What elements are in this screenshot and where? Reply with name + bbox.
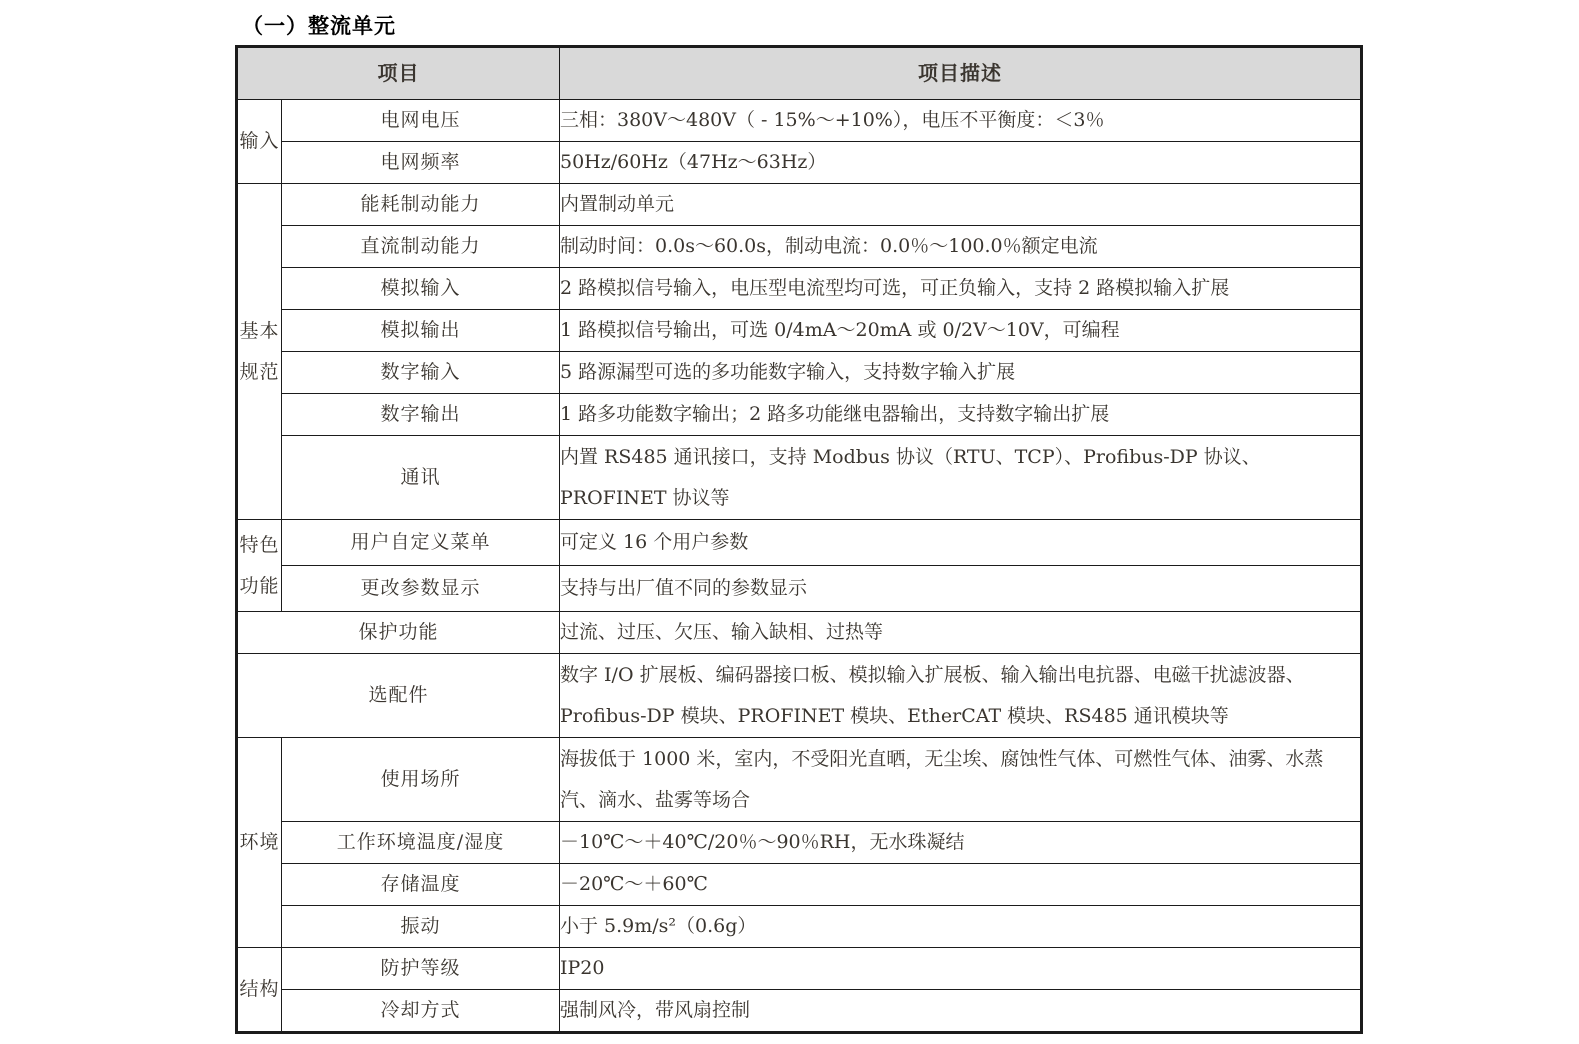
desc-cell: 强制风冷，带风扇控制: [560, 990, 1362, 1033]
group-cell-structure: 结构: [237, 948, 282, 1033]
desc-cell: 2 路模拟信号输入，电压型电流型均可选，可正负输入，支持 2 路模拟输入扩展: [560, 268, 1362, 310]
desc-cell: 支持与出厂值不同的参数显示: [560, 566, 1362, 612]
row-storage-temp: 存储温度 －20℃～＋60℃: [237, 864, 1362, 906]
item-cell: 数字输入: [282, 352, 560, 394]
item-cell: 电网频率: [282, 142, 560, 184]
item-cell: 选配件: [237, 654, 560, 738]
spec-table: 项目 项目描述 输入 电网电压 三相：380V～480V（ - 15%～+10%…: [235, 45, 1363, 1034]
row-vibration: 振动 小于 5.9m/s²（0.6g）: [237, 906, 1362, 948]
group-cell-input: 输入: [237, 100, 282, 184]
desc-cell: 内置制动单元: [560, 184, 1362, 226]
desc-cell: 可定义 16 个用户参数: [560, 520, 1362, 566]
item-cell: 通讯: [282, 436, 560, 520]
row-dynamic-braking: 基本规范 能耗制动能力 内置制动单元: [237, 184, 1362, 226]
row-operating-temp: 工作环境温度/湿度 －10℃～＋40℃/20％～90％RH，无水珠凝结: [237, 822, 1362, 864]
item-cell: 防护等级: [282, 948, 560, 990]
document-title: （一）整流单元: [242, 10, 396, 40]
desc-cell: 1 路多功能数字输出；2 路多功能继电器输出，支持数字输出扩展: [560, 394, 1362, 436]
desc-cell: －10℃～＋40℃/20％～90％RH，无水珠凝结: [560, 822, 1362, 864]
item-cell: 保护功能: [237, 612, 560, 654]
desc-cell: 数字 I/O 扩展板、编码器接口板、模拟输入扩展板、输入输出电抗器、电磁干扰滤波…: [560, 654, 1362, 738]
item-cell: 模拟输入: [282, 268, 560, 310]
item-cell: 使用场所: [282, 738, 560, 822]
row-digital-output: 数字输出 1 路多功能数字输出；2 路多功能继电器输出，支持数字输出扩展: [237, 394, 1362, 436]
row-analog-output: 模拟输出 1 路模拟信号输出，可选 0/4mA～20mA 或 0/2V～10V，…: [237, 310, 1362, 352]
desc-cell: －20℃～＋60℃: [560, 864, 1362, 906]
row-options: 选配件 数字 I/O 扩展板、编码器接口板、模拟输入扩展板、输入输出电抗器、电磁…: [237, 654, 1362, 738]
desc-cell: 小于 5.9m/s²（0.6g）: [560, 906, 1362, 948]
item-cell: 冷却方式: [282, 990, 560, 1033]
desc-cell: 过流、过压、欠压、输入缺相、过热等: [560, 612, 1362, 654]
item-cell: 更改参数显示: [282, 566, 560, 612]
row-usage-site: 环境 使用场所 海拔低于 1000 米，室内，不受阳光直晒，无尘埃、腐蚀性气体、…: [237, 738, 1362, 822]
row-communication: 通讯 内置 RS485 通讯接口，支持 Modbus 协议（RTU、TCP）、P…: [237, 436, 1362, 520]
row-grid-frequency: 电网频率 50Hz/60Hz（47Hz～63Hz）: [237, 142, 1362, 184]
desc-cell: 内置 RS485 通讯接口，支持 Modbus 协议（RTU、TCP）、Prof…: [560, 436, 1362, 520]
row-protection-rating: 结构 防护等级 IP20: [237, 948, 1362, 990]
row-cooling: 冷却方式 强制风冷，带风扇控制: [237, 990, 1362, 1033]
item-cell: 振动: [282, 906, 560, 948]
row-grid-voltage: 输入 电网电压 三相：380V～480V（ - 15%～+10%），电压不平衡度…: [237, 100, 1362, 142]
row-analog-input: 模拟输入 2 路模拟信号输入，电压型电流型均可选，可正负输入，支持 2 路模拟输…: [237, 268, 1362, 310]
desc-cell: IP20: [560, 948, 1362, 990]
row-user-menu: 特色功能 用户自定义菜单 可定义 16 个用户参数: [237, 520, 1362, 566]
desc-cell: 1 路模拟信号输出，可选 0/4mA～20mA 或 0/2V～10V，可编程: [560, 310, 1362, 352]
item-cell: 用户自定义菜单: [282, 520, 560, 566]
group-cell-features: 特色功能: [237, 520, 282, 612]
item-cell: 能耗制动能力: [282, 184, 560, 226]
item-cell: 电网电压: [282, 100, 560, 142]
group-cell-basic-spec: 基本规范: [237, 184, 282, 520]
header-row: 项目 项目描述: [237, 47, 1362, 100]
desc-cell: 三相：380V～480V（ - 15%～+10%），电压不平衡度：＜3％: [560, 100, 1362, 142]
group-cell-environment: 环境: [237, 738, 282, 948]
col-header-item: 项目: [237, 47, 560, 100]
row-changed-params: 更改参数显示 支持与出厂值不同的参数显示: [237, 566, 1362, 612]
desc-cell: 海拔低于 1000 米，室内，不受阳光直晒，无尘埃、腐蚀性气体、可燃性气体、油雾…: [560, 738, 1362, 822]
item-cell: 存储温度: [282, 864, 560, 906]
item-cell: 模拟输出: [282, 310, 560, 352]
item-cell: 直流制动能力: [282, 226, 560, 268]
item-cell: 工作环境温度/湿度: [282, 822, 560, 864]
row-digital-input: 数字输入 5 路源漏型可选的多功能数字输入，支持数字输入扩展: [237, 352, 1362, 394]
item-cell: 数字输出: [282, 394, 560, 436]
row-protection: 保护功能 过流、过压、欠压、输入缺相、过热等: [237, 612, 1362, 654]
desc-cell: 5 路源漏型可选的多功能数字输入，支持数字输入扩展: [560, 352, 1362, 394]
desc-cell: 50Hz/60Hz（47Hz～63Hz）: [560, 142, 1362, 184]
col-header-desc: 项目描述: [560, 47, 1362, 100]
row-dc-braking: 直流制动能力 制动时间：0.0s～60.0s，制动电流：0.0％～100.0％额…: [237, 226, 1362, 268]
desc-cell: 制动时间：0.0s～60.0s，制动电流：0.0％～100.0％额定电流: [560, 226, 1362, 268]
